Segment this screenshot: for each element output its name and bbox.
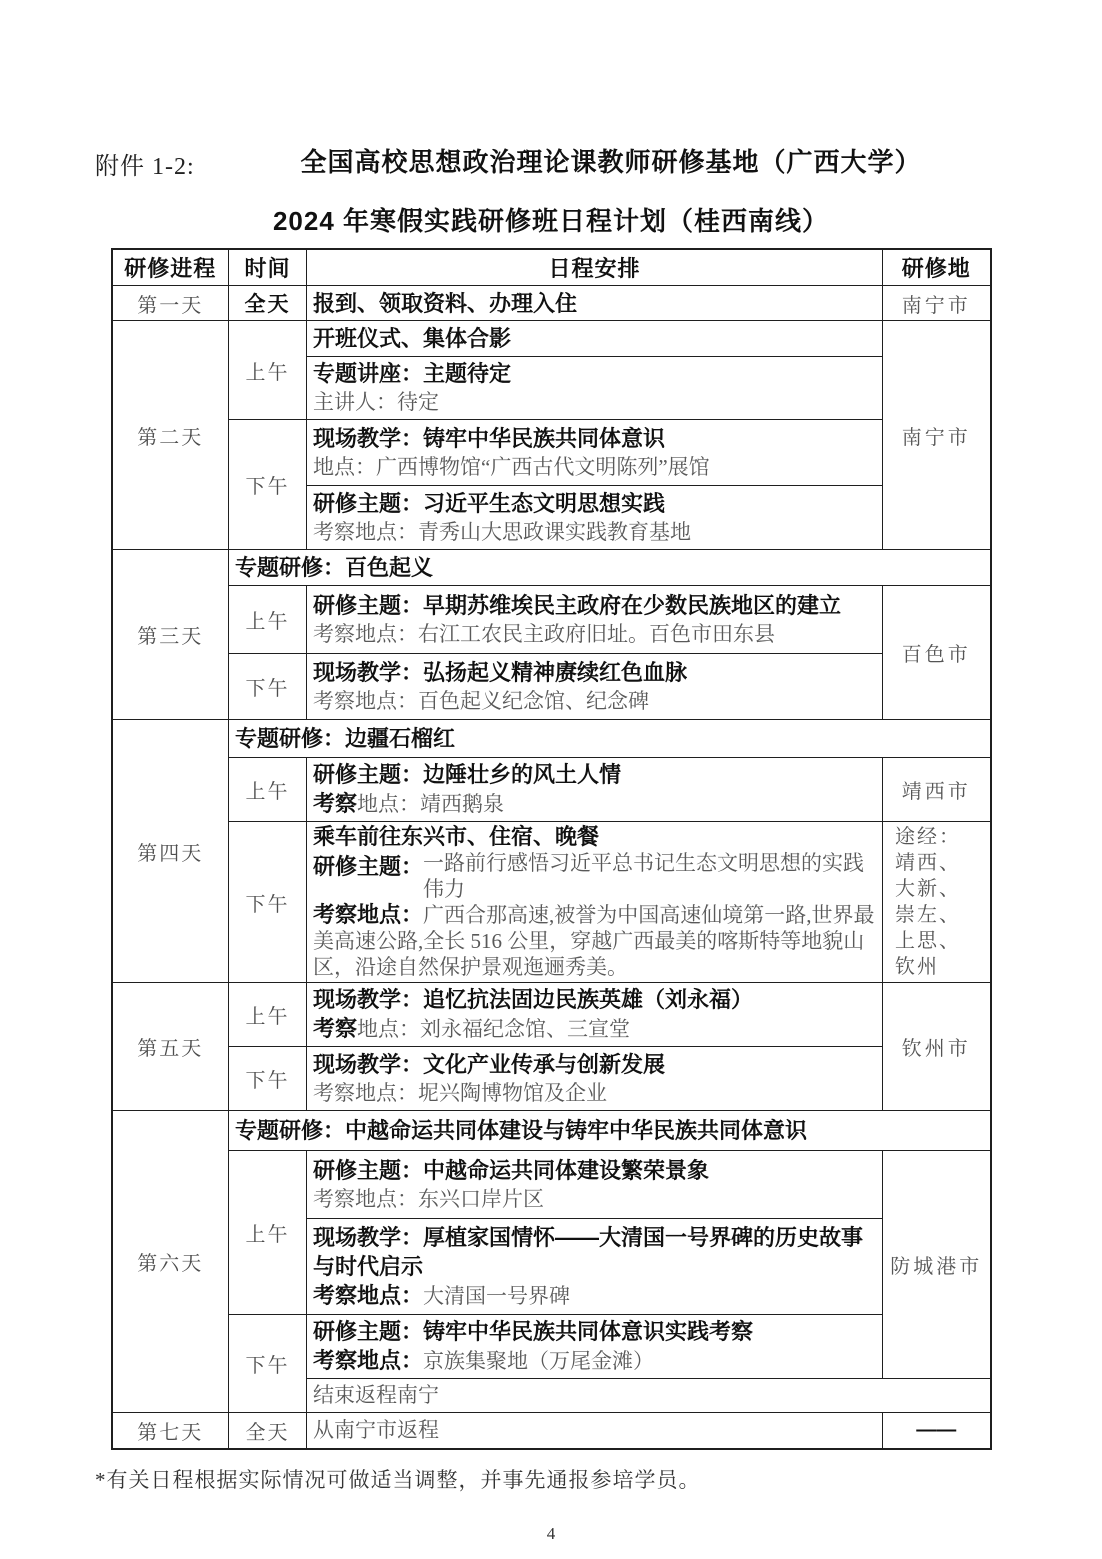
day2-pm-cell: 下午 [229, 420, 307, 550]
activity-theme-line: 研修主题：一路前行感悟习近平总书记生态文明思想的实践伟力 [313, 850, 876, 902]
day1-row: 第一天 全天 报到、领取资料、办理入住 南宁市 [112, 286, 991, 321]
detail-text: 京族集聚地（万尾金滩） [423, 1349, 654, 1373]
document-subtitle: 2024 年寒假实践研修班日程计划（桂西南线） [0, 201, 1102, 238]
activity-title: 研修主题：早期苏维埃民主政府在少数民族地区的建立 [313, 591, 876, 620]
detail-text: 一路前行感悟习近平总书记生态文明思想的实践伟力 [423, 850, 876, 902]
header-row: 研修进程 时间 日程安排 研修地 [112, 249, 991, 286]
day5-cell: 第五天 [112, 983, 229, 1111]
day2-pm1-activity-cell: 现场教学：铸牢中华民族共同体意识 地点：广西博物馆“广西古代文明陈列”展馆 [307, 420, 883, 486]
activity-title: 乘车前往东兴市、住宿、晚餐 [313, 824, 876, 850]
activity-title: 专题讲座：主题待定 [313, 359, 876, 388]
activity-site-line: 考察地点：广西合那高速,被誉为中国高速仙境第一路,世界最美高速公路,全长 516… [313, 902, 876, 980]
detail-label: 考察地点： [313, 1283, 423, 1308]
day5-pm-activity-cell: 现场教学：文化产业传承与创新发展 考察地点：坭兴陶博物馆及企业 [307, 1047, 883, 1111]
detail-text: 大清国一号界碑 [423, 1284, 570, 1308]
activity-title: 研修主题：中越命运共同体建设繁荣景象 [313, 1156, 876, 1185]
activity-detail: 考察地点：坭兴陶博物馆及企业 [313, 1079, 876, 1108]
activity-detail: 考察地点：东兴口岸片区 [313, 1185, 876, 1214]
day4-cell: 第四天 [112, 720, 229, 983]
activity-detail: 地点：广西博物馆“广西古代文明陈列”展馆 [313, 453, 876, 482]
header-cell-progress: 研修进程 [112, 249, 229, 286]
day4-pm-activity-cell: 乘车前往东兴市、住宿、晚餐 研修主题：一路前行感悟习近平总书记生态文明思想的实践… [307, 822, 883, 983]
activity-title: 报到、领取资料、办理入住 [313, 289, 876, 318]
day6-row-pm: 下午 研修主题：铸牢中华民族共同体意识实践考察 考察地点：京族集聚地（万尾金滩） [112, 1315, 991, 1379]
day3-pm-activity-cell: 现场教学：弘扬起义精神赓续红色血脉 考察地点：百色起义纪念馆、纪念碑 [307, 654, 883, 720]
activity-detail: 考察地点：青秀山大思政课实践教育基地 [313, 518, 876, 547]
day4-am-cell: 上午 [229, 758, 307, 822]
day5-am-activity-cell: 现场教学：追忆抗法固边民族英雄（刘永福） 考察地点：刘永福纪念馆、三宣堂 [307, 983, 883, 1047]
day4-am-activity-cell: 研修主题：边陲壮乡的风土人情 考察地点：靖西鹅泉 [307, 758, 883, 822]
day5-row-am: 第五天 上午 现场教学：追忆抗法固边民族英雄（刘永福） 考察地点：刘永福纪念馆、… [112, 983, 991, 1047]
theme-title: 专题研修：边疆石榴红 [235, 724, 984, 753]
day2-cell: 第二天 [112, 321, 229, 550]
day6-end-cell: 结束返程南宁 [307, 1379, 991, 1413]
day1-location-cell: 南宁市 [883, 286, 991, 321]
activity-detail: 考察地点：靖西鹅泉 [313, 789, 876, 819]
day6-theme-row: 第六天 专题研修：中越命运共同体建设与铸牢中华民族共同体意识 [112, 1111, 991, 1151]
document-page: 附件 1-2: 全国高校思想政治理论课教师研修基地（广西大学） 2024 年寒假… [0, 0, 1102, 1559]
day1-cell: 第一天 [112, 286, 229, 321]
activity-title: 现场教学：文化产业传承与创新发展 [313, 1050, 876, 1079]
activity-detail: 考察地点：大清国一号界碑 [313, 1281, 876, 1311]
day7-location-cell: —— [883, 1413, 991, 1449]
day2-row-pm1: 下午 现场教学：铸牢中华民族共同体意识 地点：广西博物馆“广西古代文明陈列”展馆 [112, 420, 991, 486]
detail-label: 考察地点： [313, 902, 423, 927]
activity-title: 现场教学：弘扬起义精神赓续红色血脉 [313, 658, 876, 687]
activity-title: 现场教学：铸牢中华民族共同体意识 [313, 424, 876, 453]
day3-theme-row: 第三天 专题研修：百色起义 [112, 550, 991, 586]
day7-cell: 第七天 [112, 1413, 229, 1449]
day4-theme-cell: 专题研修：边疆石榴红 [229, 720, 991, 758]
header-cell-time: 时间 [229, 249, 307, 286]
day1-activity-cell: 报到、领取资料、办理入住 [307, 286, 883, 321]
day6-am-cell: 上午 [229, 1151, 307, 1315]
day5-am-cell: 上午 [229, 983, 307, 1047]
day4-pm-location-cell: 途经：靖西、大新、崇左、上思、钦州 [883, 822, 991, 983]
day5-location-cell: 钦州市 [883, 983, 991, 1111]
day3-row-pm: 下午 现场教学：弘扬起义精神赓续红色血脉 考察地点：百色起义纪念馆、纪念碑 [112, 654, 991, 720]
activity-detail: 考察地点：百色起义纪念馆、纪念碑 [313, 687, 876, 716]
day2-pm2-activity-cell: 研修主题：习近平生态文明思想实践 考察地点：青秀山大思政课实践教育基地 [307, 486, 883, 550]
detail-label: 考察 [313, 791, 357, 816]
detail-label: 考察 [313, 1016, 357, 1041]
day3-cell: 第三天 [112, 550, 229, 720]
day7-activity-cell: 从南宁市返程 [307, 1413, 883, 1449]
document-title: 全国高校思想政治理论课教师研修基地（广西大学） [300, 142, 921, 179]
page-number: 4 [0, 1524, 1102, 1544]
day4-row-am: 上午 研修主题：边陲壮乡的风土人情 考察地点：靖西鹅泉 靖西市 [112, 758, 991, 822]
activity-detail: 从南宁市返程 [313, 1416, 876, 1445]
activity-detail: 考察地点：京族集聚地（万尾金滩） [313, 1346, 876, 1376]
day2-am-cell: 上午 [229, 321, 307, 420]
activity-title: 现场教学：厚植家国情怀——大清国一号界碑的历史故事与时代启示 [313, 1223, 876, 1281]
day6-location-cell: 防城港市 [883, 1151, 991, 1379]
day6-am2-activity-cell: 现场教学：厚植家国情怀——大清国一号界碑的历史故事与时代启示 考察地点：大清国一… [307, 1219, 883, 1315]
activity-title: 开班仪式、集体合影 [313, 324, 876, 353]
activity-detail: 考察地点：右江工农民主政府旧址。百色市田东县 [313, 620, 876, 649]
day2-row-am1: 第二天 上午 开班仪式、集体合影 南宁市 [112, 321, 991, 357]
day6-pm-cell: 下午 [229, 1315, 307, 1413]
day3-theme-cell: 专题研修：百色起义 [229, 550, 991, 586]
activity-title: 研修主题：边陲壮乡的风土人情 [313, 760, 876, 789]
day3-location-cell: 百色市 [883, 586, 991, 720]
detail-label: 研修主题： [313, 850, 423, 881]
day2-am2-activity-cell: 专题讲座：主题待定 主讲人：待定 [307, 357, 883, 420]
activity-title: 研修主题：铸牢中华民族共同体意识实践考察 [313, 1317, 876, 1346]
day4-row-pm: 下午 乘车前往东兴市、住宿、晚餐 研修主题：一路前行感悟习近平总书记生态文明思想… [112, 822, 991, 983]
day6-am1-activity-cell: 研修主题：中越命运共同体建设繁荣景象 考察地点：东兴口岸片区 [307, 1151, 883, 1219]
header-cell-schedule: 日程安排 [307, 249, 883, 286]
activity-title: 研修主题：习近平生态文明思想实践 [313, 489, 876, 518]
day7-time-cell: 全天 [229, 1413, 307, 1449]
header-cell-location: 研修地 [883, 249, 991, 286]
day3-row-am: 上午 研修主题：早期苏维埃民主政府在少数民族地区的建立 考察地点：右江工农民主政… [112, 586, 991, 654]
day6-theme-cell: 专题研修：中越命运共同体建设与铸牢中华民族共同体意识 [229, 1111, 991, 1151]
day3-am-activity-cell: 研修主题：早期苏维埃民主政府在少数民族地区的建立 考察地点：右江工农民主政府旧址… [307, 586, 883, 654]
day2-am1-activity-cell: 开班仪式、集体合影 [307, 321, 883, 357]
detail-text: 地点：刘永福纪念馆、三宣堂 [357, 1017, 630, 1041]
footnote: *有关日程根据实际情况可做适当调整，并事先通报参培学员。 [95, 1464, 1102, 1494]
theme-title: 专题研修：百色起义 [235, 553, 984, 582]
theme-title: 专题研修：中越命运共同体建设与铸牢中华民族共同体意识 [235, 1116, 984, 1145]
day5-row-pm: 下午 现场教学：文化产业传承与创新发展 考察地点：坭兴陶博物馆及企业 [112, 1047, 991, 1111]
route-list: 途经：靖西、大新、崇左、上思、钦州 [895, 824, 965, 980]
activity-detail: 考察地点：刘永福纪念馆、三宣堂 [313, 1014, 876, 1044]
detail-label: 考察地点： [313, 1348, 423, 1373]
detail-text: 地点：靖西鹅泉 [357, 792, 504, 816]
attachment-label: 附件 1-2: [95, 146, 195, 181]
day1-time-cell: 全天 [229, 286, 307, 321]
day7-row: 第七天 全天 从南宁市返程 —— [112, 1413, 991, 1449]
activity-detail: 主讲人：待定 [313, 388, 876, 417]
title-block: 附件 1-2: 全国高校思想政治理论课教师研修基地（广西大学） [0, 142, 1102, 179]
day6-cell: 第六天 [112, 1111, 229, 1413]
day3-am-cell: 上午 [229, 586, 307, 654]
day4-pm-cell: 下午 [229, 822, 307, 983]
end-note: 结束返程南宁 [313, 1381, 984, 1410]
activity-title: 现场教学：追忆抗法固边民族英雄（刘永福） [313, 985, 876, 1014]
day6-pm-activity-cell: 研修主题：铸牢中华民族共同体意识实践考察 考察地点：京族集聚地（万尾金滩） [307, 1315, 883, 1379]
day2-location-cell: 南宁市 [883, 321, 991, 550]
day6-row-am1: 上午 研修主题：中越命运共同体建设繁荣景象 考察地点：东兴口岸片区 防城港市 [112, 1151, 991, 1219]
day4-am-location-cell: 靖西市 [883, 758, 991, 822]
schedule-table: 研修进程 时间 日程安排 研修地 第一天 全天 报到、领取资料、办理入住 南宁市… [111, 248, 992, 1450]
day5-pm-cell: 下午 [229, 1047, 307, 1111]
day3-pm-cell: 下午 [229, 654, 307, 720]
day4-theme-row: 第四天 专题研修：边疆石榴红 [112, 720, 991, 758]
